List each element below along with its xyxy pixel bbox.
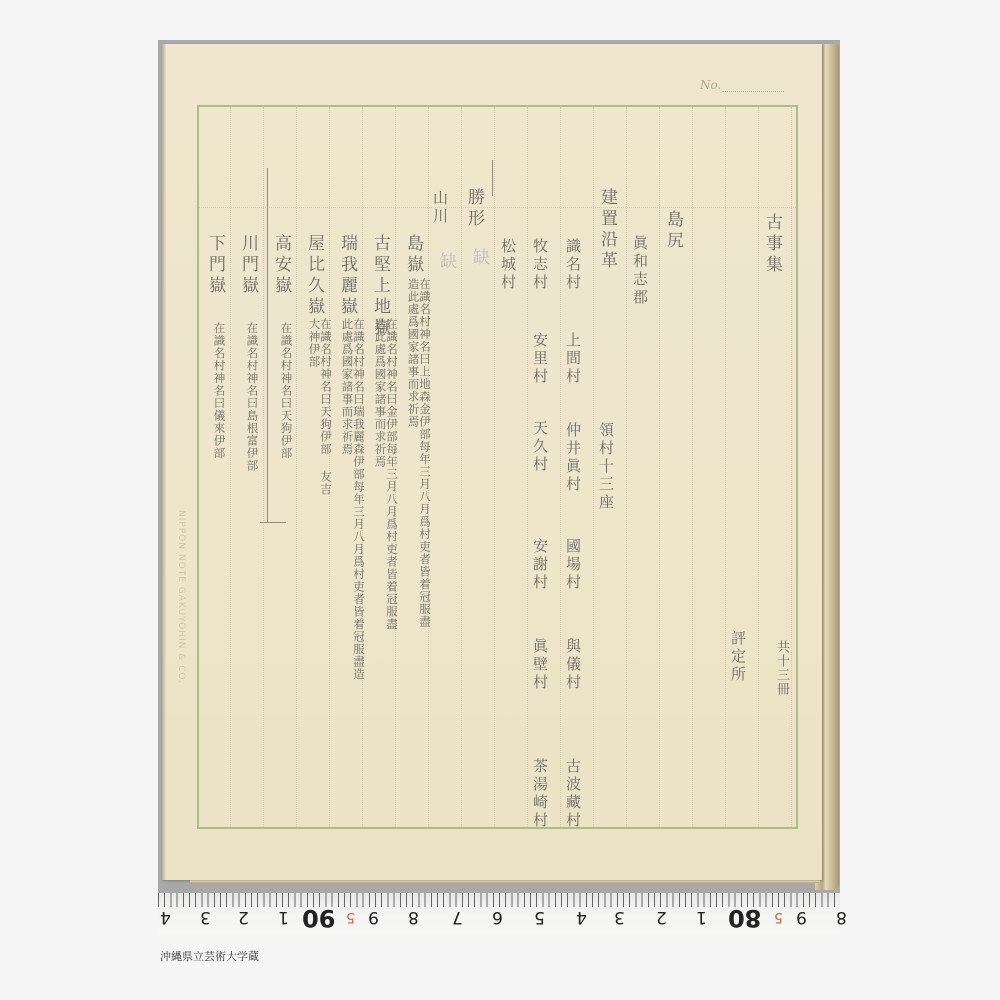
shrine-description: 在識名村神名曰島根富伊部	[246, 322, 258, 472]
page-number-label: No.	[700, 78, 721, 92]
column-rule	[494, 107, 495, 827]
ruler-label: 3	[614, 907, 625, 927]
ruler-label: 2	[656, 907, 667, 927]
shrine-name: 屋比久嶽	[305, 234, 322, 318]
column-rule	[461, 107, 462, 827]
shrine-description: 在識名村神名曰金伊部每年三月八月爲村吏者皆着冠服盡造此處爲國家諸事而求祈焉	[369, 318, 397, 633]
page-number-line	[722, 91, 784, 92]
ruler-label: 5	[534, 907, 545, 927]
shrine-description: 在識名村神名曰天狗伊部	[280, 322, 292, 460]
ruler-label: 8	[836, 907, 847, 927]
header-rule	[199, 207, 796, 208]
column-rule	[626, 107, 627, 827]
shrine-name: 瑞我麗嶽	[338, 234, 355, 318]
column-rule	[725, 107, 726, 827]
village: 松城村	[500, 238, 515, 292]
page-fold	[162, 44, 166, 880]
printer-imprint: NIPPON NOTE GAKUYOHIN & CO.	[176, 510, 186, 684]
shrine-description: 在識名村神名曰儀來伊部	[213, 322, 225, 460]
column-rule	[758, 107, 759, 827]
ruler-label: 9	[368, 907, 379, 927]
shrine-description: 在識名村神名曰天狗伊部 友吉大神伊部	[303, 318, 331, 498]
history-heading: 建置沿革	[598, 188, 615, 272]
column-rule	[659, 107, 660, 827]
village: 國場村	[565, 538, 580, 592]
ruler-label: 8	[408, 907, 419, 927]
column-rule	[527, 107, 528, 827]
shrine-description: 在識名村神名曰瑞我麗森伊部每年三月八月爲村吏者皆着冠服盡造此處爲國家諸事而求祈焉	[336, 318, 364, 688]
ruler-label: 4	[576, 907, 587, 927]
volume-text: 共十三冊	[775, 640, 788, 696]
column-rule	[296, 107, 297, 827]
village: 茶湯崎村	[532, 758, 547, 830]
column-rule	[692, 107, 693, 827]
measuring-ruler: 432190598765432180598	[158, 893, 840, 935]
ruled-frame	[197, 105, 798, 829]
mountains-missing: 缺	[437, 252, 454, 277]
ruler-label: 7	[452, 907, 463, 927]
ruler-label: 2	[238, 907, 249, 927]
column-rule	[593, 107, 594, 827]
scenery-heading: 勝形	[465, 188, 482, 230]
shrine-name: 下門嶽	[206, 234, 223, 297]
collection-caption: 沖縄県立芸術大学蔵	[160, 948, 259, 964]
ruler-label: 3	[200, 907, 211, 927]
shrine-name: 島嶽	[404, 234, 421, 276]
district-text: 眞和志郡	[632, 235, 647, 307]
title-text: 古事集	[763, 213, 780, 276]
village: 古波藏村	[565, 758, 580, 830]
village: 安謝村	[532, 538, 547, 592]
shrine-name: 高安嶽	[272, 234, 289, 297]
village: 天久村	[532, 420, 547, 474]
column-rule	[791, 107, 792, 827]
pencil-rule-left	[267, 168, 268, 523]
column-rule	[560, 107, 561, 827]
shrine-description: 在識名村神名曰上地森金伊部每年三月八月爲村吏者皆着冠服盡造此處爲國家諸事而求祈焉	[402, 278, 430, 628]
reviewer-text: 評定所	[730, 630, 745, 684]
ruler-label: 90	[302, 904, 335, 932]
village: 與儀村	[565, 638, 580, 692]
ruler-label: 80	[728, 904, 761, 932]
pencil-rule-top	[492, 160, 493, 196]
mountains-heading: 山川	[432, 190, 447, 226]
ruler-label: 1	[696, 907, 707, 927]
village: 識名村	[565, 238, 580, 292]
island-text: 島尻	[664, 210, 681, 252]
ruler-label: 9	[796, 907, 807, 927]
ruler-label: 5	[346, 909, 355, 925]
pencil-rule-end	[260, 522, 286, 523]
village-count: 領村十三座	[598, 422, 613, 512]
ruler-label: 4	[160, 907, 171, 927]
ruler-label: 1	[278, 907, 289, 927]
village: 牧志村	[532, 238, 547, 292]
village: 眞壁村	[532, 638, 547, 692]
column-rule	[230, 107, 231, 827]
village: 上間村	[565, 332, 580, 386]
shrine-name: 川門嶽	[239, 234, 256, 297]
ruler-label: 5	[774, 909, 783, 925]
village: 安里村	[532, 332, 547, 386]
scenery-missing: 缺	[470, 248, 487, 273]
column-rule	[263, 107, 264, 827]
ruler-label: 6	[492, 907, 503, 927]
village: 仲井眞村	[565, 422, 580, 494]
